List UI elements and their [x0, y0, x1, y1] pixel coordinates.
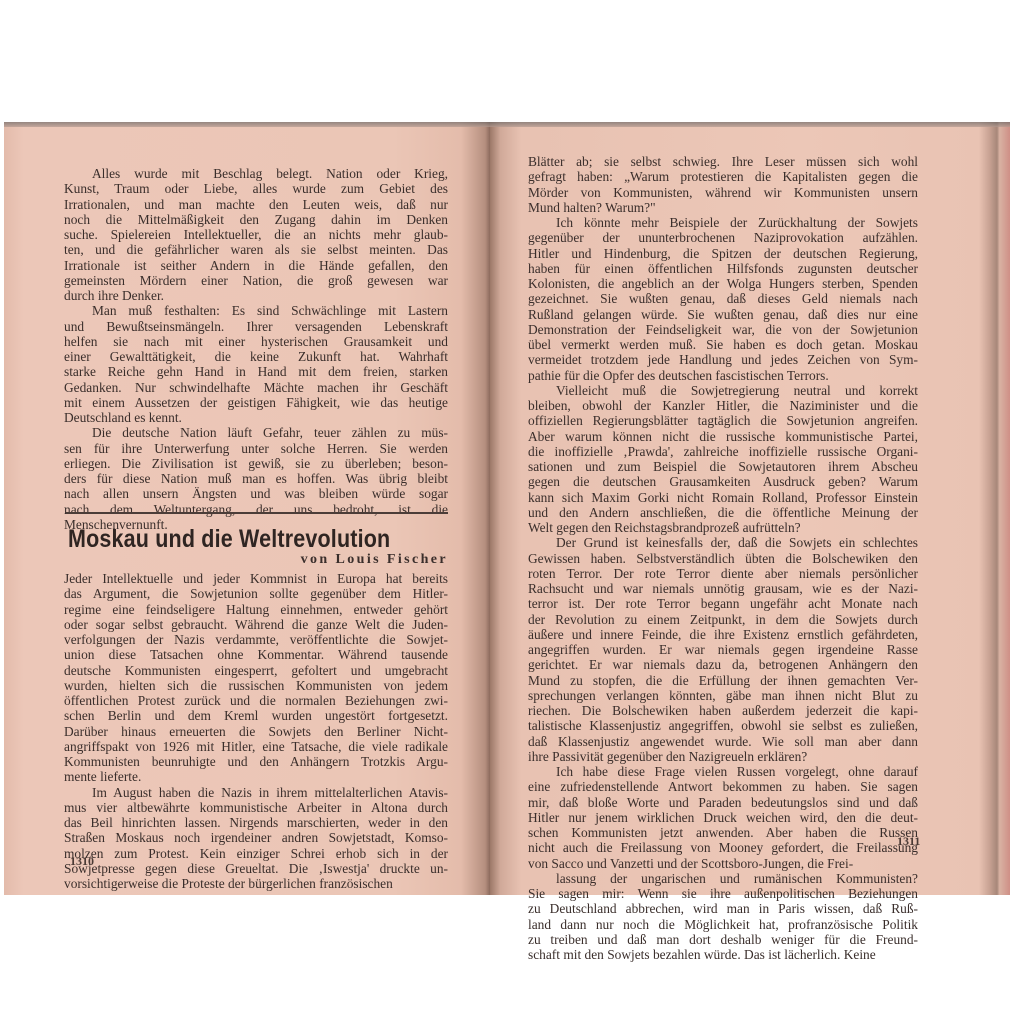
- text-line: wurden, hielten sich die russischen Komm…: [64, 678, 448, 693]
- text-line: kann sich Maxim Gorki nicht Romain Rolla…: [528, 490, 918, 505]
- text-line: daß Klassenjustiz angewendet wurde. Wie …: [528, 734, 918, 749]
- page-number-left: 1310: [70, 854, 94, 869]
- text-line: angegriffen wurden. Er war niemals gegen…: [528, 642, 918, 657]
- text-line: Sowjetpresse gegen diese Greueltat. Die …: [64, 861, 448, 876]
- page-number-right: 1311: [897, 834, 920, 849]
- text-line: Mörder von Kommunisten, während wir Komm…: [528, 185, 918, 200]
- text-line: öffentlichen Protest zurück und die norm…: [64, 693, 448, 708]
- text-line: eine zufriedenstellende Antwort bekommen…: [528, 779, 918, 794]
- text-line: Kunst, Traum oder Liebe, alles wurde zum…: [64, 181, 448, 196]
- text-line: helfen sie nach mit einer hysterischen G…: [64, 334, 448, 349]
- text-line: zu Deutschland abbrechen, wird man in Pa…: [528, 901, 918, 916]
- text-line: Gewissen haben. Selbstverständlich übten…: [528, 551, 918, 566]
- text-line: schen Berlin und dem Kreml wurden ungest…: [64, 708, 448, 723]
- text-line: ten, und die gefährlicher waren als sie …: [64, 242, 448, 257]
- text-line: Jeder Intellektuelle und jeder Kommnist …: [64, 571, 448, 586]
- text-line: gemeinsten Mördern einer Nation, die gro…: [64, 273, 448, 288]
- text-line: suche. Spielereien Intellektueller, die …: [64, 227, 448, 242]
- text-line: Welt gegen den Reichstagsbrandprozeß auf…: [528, 520, 918, 535]
- text-line: Mund zu stopfen, die die Erfüllung der i…: [528, 673, 918, 688]
- text-line: durch ihre Denker.: [64, 288, 448, 303]
- text-line: deutsche Kommunisten eingesperrt, gefolt…: [64, 663, 448, 678]
- text-line: regime eine feindseligere Haltung einneh…: [64, 602, 448, 617]
- text-line: terror ist. Der rote Terror begann ungef…: [528, 596, 918, 611]
- text-line: die inoffizielle ‚Prawda', zahlreiche in…: [528, 444, 918, 459]
- text-line: Blätter ab; sie selbst schwieg. Ihre Les…: [528, 154, 918, 169]
- text-line: Kommunisten beunruhigte und den Anhänger…: [64, 754, 448, 769]
- text-line: land dann nur noch die Möglichkeit hat, …: [528, 917, 918, 932]
- text-line: Ich könnte mehr Beispiele der Zurückhalt…: [528, 215, 918, 230]
- text-line: sen für ihre Unterwerfung unter solche H…: [64, 441, 448, 456]
- text-line: verfolgungen der Nazis verdammte, veröff…: [64, 632, 448, 647]
- text-line: übel vermerkt werden muß. Sie haben es d…: [528, 337, 918, 352]
- text-line: molzen zum Protest. Kein einziger Schrei…: [64, 846, 448, 861]
- text-line: haben für einen öffentlichen Hilfsfonds …: [528, 261, 918, 276]
- text-line: äußere und innere Feinde, die ihre Exist…: [528, 627, 918, 642]
- article-author: von Louis Fischer: [0, 552, 448, 568]
- text-line: schaft mit den Sowjets bezahlen würde. D…: [528, 947, 918, 962]
- text-line: Sie sagen mir: Wenn sie ihre außenpoliti…: [528, 886, 918, 901]
- book-top-edge: [4, 122, 1010, 127]
- text-line: talistische Klassenjustiz angegriffen, o…: [528, 718, 918, 733]
- text-line: schen Kommunisten jetzt anwenden. Aber h…: [528, 825, 918, 840]
- text-line: Man muß festhalten: Es sind Schwächlinge…: [64, 303, 448, 318]
- text-line: ihre Passivität gegenüber den Nazigreuel…: [528, 749, 918, 764]
- text-line: ders für diese Nation muß man es hoffen.…: [64, 471, 448, 486]
- text-line: Alles wurde mit Beschlag belegt. Nation …: [64, 166, 448, 181]
- text-line: vorsichtigerweise die Proteste der bürge…: [64, 876, 448, 891]
- text-line: der Revolution zu einem Zeitpunkt, in de…: [528, 612, 918, 627]
- text-line: mit einem Aussetzen der geistigen Fähigk…: [64, 395, 448, 410]
- text-line: das Beil hinrichten lassen. Nirgends mar…: [64, 815, 448, 830]
- text-line: Hitler und Hindenburg, die Spitzen der d…: [528, 246, 918, 261]
- text-line: Der Grund ist keinesfalls der, daß die S…: [528, 535, 918, 550]
- text-line: oder sogar selbst gebraucht. Während die…: [64, 617, 448, 632]
- left-page-continued-text: Alles wurde mit Beschlag belegt. Nation …: [64, 166, 448, 532]
- text-line: mir, daß bloße Worte und Paraden bedeutu…: [528, 795, 918, 810]
- text-line: gezeichnet. Sie wußten genau, daß dieses…: [528, 291, 918, 306]
- text-line: Mund halten? Warum?": [528, 200, 918, 215]
- section-divider-rule: [66, 512, 448, 514]
- article-body-left: Jeder Intellektuelle und jeder Kommnist …: [64, 571, 448, 891]
- text-line: bleiben, obwohl der Kanzler Hitler, die …: [528, 398, 918, 413]
- text-line: Deutschland es kennt.: [64, 410, 448, 425]
- text-line: und Bewußtseinsmängeln. Ihrer versagende…: [64, 319, 448, 334]
- text-line: sationen und zum Beispiel die Sowjetauto…: [528, 459, 918, 474]
- text-line: starke Reiche gehn Hand in Hand mit dem …: [64, 364, 448, 379]
- text-line: pathie für die Opfer des deutschen fasci…: [528, 368, 918, 383]
- article-title: Moskau und die Weltrevolution: [68, 525, 390, 554]
- text-line: erliegen. Die Zivilisation ist gewiß, si…: [64, 456, 448, 471]
- text-line: und den Andern anschließen, die die öffe…: [528, 505, 918, 520]
- text-line: noch die Mittelmäßigkeit den Zugang dahi…: [64, 212, 448, 227]
- text-line: gefragt haben: „Warum protestieren die K…: [528, 169, 918, 184]
- text-line: Irrationale ist seither Andern in die Hä…: [64, 258, 448, 273]
- text-line: zu treiben und daß man dort deshalb weni…: [528, 932, 918, 947]
- text-line: offiziellen Regierungsblätter tagtäglich…: [528, 413, 918, 428]
- text-line: Gedanken. Nur schwindelhafte Mächte mach…: [64, 380, 448, 395]
- text-line: vermeidet trotzdem jede Handlung und jed…: [528, 352, 918, 367]
- text-line: gerichtet. Er war niemals dazu da, betro…: [528, 657, 918, 672]
- text-line: Darüber hinaus erneuerten die Sowjets de…: [64, 724, 448, 739]
- text-line: union diese Tatsachen ohne Kommentar. Wä…: [64, 647, 448, 662]
- text-line: Aber warum können nicht die russische ko…: [528, 429, 918, 444]
- text-line: Irrationalen, und man machte den Leuten …: [64, 197, 448, 212]
- text-line: gegen die deutschen Grausamkeiten Ausdru…: [528, 474, 918, 489]
- text-line: Rachsucht und war niemals unnötig grausa…: [528, 581, 918, 596]
- text-line: gegenüber der ununterbrochenen Naziprovo…: [528, 230, 918, 245]
- text-line: Hitler nur jenem wirklichen Druck weiche…: [528, 810, 918, 825]
- text-line: Demonstration der Feindseligkeit war, di…: [528, 322, 918, 337]
- text-line: Vielleicht muß die Sowjetregierung neutr…: [528, 383, 918, 398]
- text-line: mente lieferte.: [64, 769, 448, 784]
- text-line: Ich habe diese Frage vielen Russen vorge…: [528, 764, 918, 779]
- right-page-text: Blätter ab; sie selbst schwieg. Ihre Les…: [528, 154, 918, 962]
- text-line: angriffspakt von 1926 mit Hitler, eine T…: [64, 739, 448, 754]
- text-line: roten Terror. Der rote Terror diente abe…: [528, 566, 918, 581]
- text-line: riechen. Die Bolschewiken haben außerdem…: [528, 703, 918, 718]
- text-line: sprechungen verlangen könnten, gäbe man …: [528, 688, 918, 703]
- text-line: Im August haben die Nazis in ihrem mitte…: [64, 785, 448, 800]
- text-line: von Sacco und Vanzetti und der Scottsbor…: [528, 856, 918, 871]
- text-line: nicht auch die Freilassung von Mooney ge…: [528, 840, 918, 855]
- text-line: einer Gewalttätigkeit, die keine Zukunft…: [64, 349, 448, 364]
- text-line: das Argument, die Sowjetunion sollte geg…: [64, 586, 448, 601]
- text-line: Straßen Moskaus noch irgendeiner andren …: [64, 830, 448, 845]
- text-line: nach allen unsern Ängsten und was bleibe…: [64, 486, 448, 501]
- text-line: Rußland gelangen würde. Sie wußten genau…: [528, 307, 918, 322]
- text-line: Kolonisten, die angeblich an der Wolga H…: [528, 276, 918, 291]
- text-line: lassung der ungarischen und rumänischen …: [528, 871, 918, 886]
- text-line: Die deutsche Nation läuft Gefahr, teuer …: [64, 425, 448, 440]
- text-line: nach dem Weltuntergang, der uns bedroht,…: [64, 502, 448, 517]
- text-line: mus vier altbewährte kommunistische Arbe…: [64, 800, 448, 815]
